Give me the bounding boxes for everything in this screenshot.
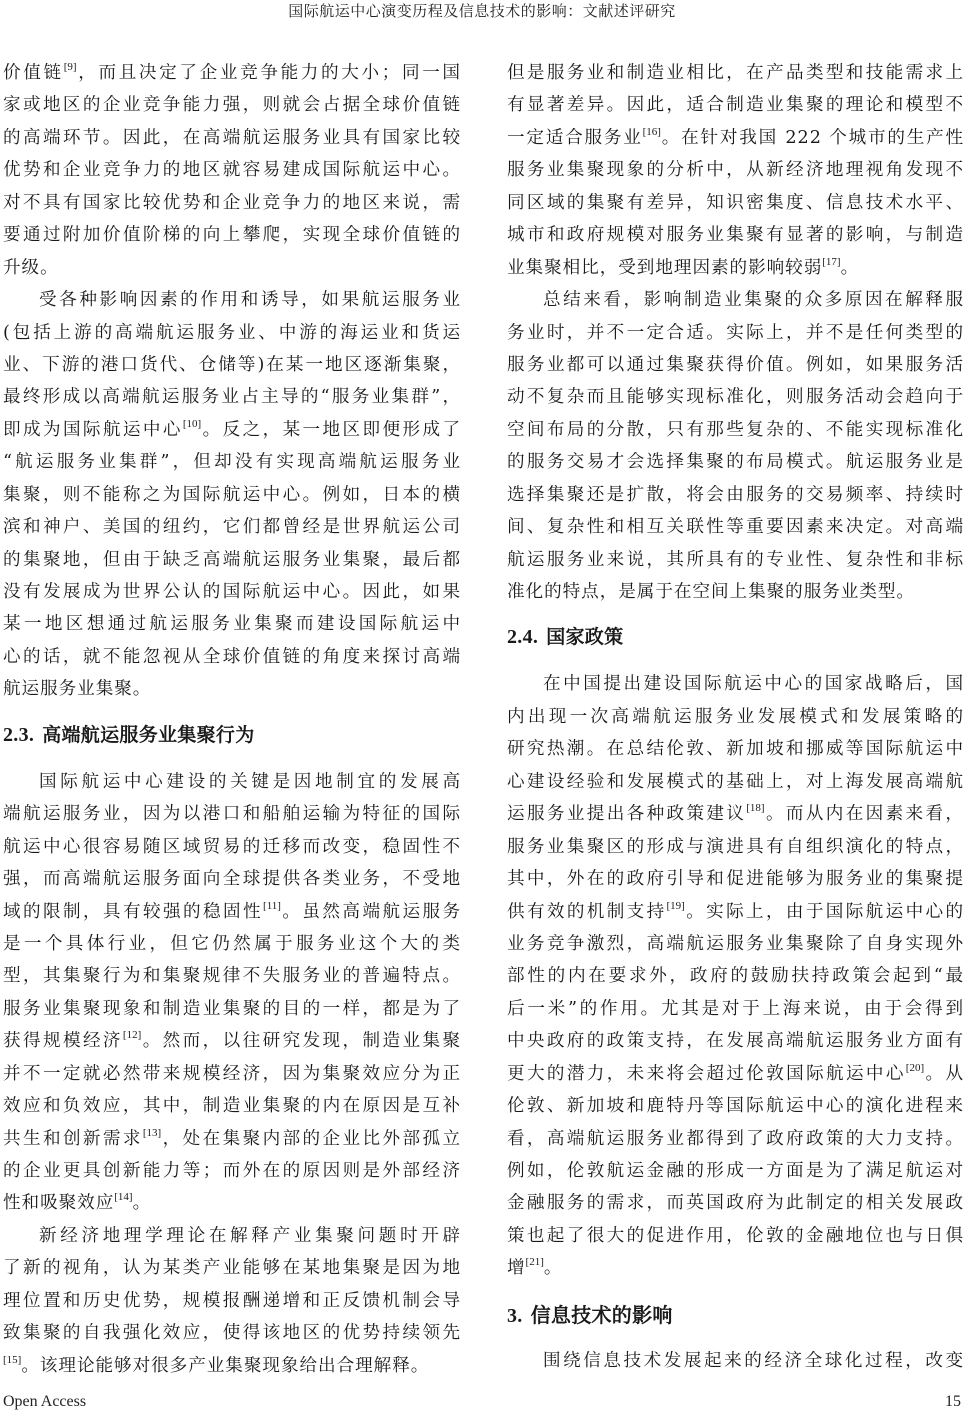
- text-line: 优势和企业竞争力的地区就容易建成国际航运中心。: [3, 154, 461, 186]
- citation[interactable]: [13]: [143, 1127, 161, 1139]
- text-line: 看，高端航运服务业都得到了政府政策的大力支持。: [507, 1123, 964, 1155]
- text-line: 型，其集聚行为和集聚规律不失服务业的普遍特点。: [3, 960, 461, 992]
- text-line: 金融服务的需求，而英国政府为此制定的相关发展政: [507, 1187, 964, 1219]
- citation[interactable]: [10]: [183, 418, 201, 430]
- text-line: 间、复杂性和相互关联性等重要因素来决定。对高端: [507, 511, 964, 543]
- section-number: 3.: [507, 1305, 523, 1327]
- citation[interactable]: [19]: [667, 900, 685, 912]
- text-line: 理位置和历史优势，规模报酬递增和正反馈机制会导: [3, 1285, 461, 1317]
- citation[interactable]: [17]: [822, 256, 840, 268]
- paragraph: 受各种影响因素的作用和诱导，如果航运服务业 (包括上游的高端航运服务业、中游的海…: [3, 284, 461, 706]
- paragraph: 在中国提出建设国际航运中心的国家战略后，国 内出现一次高端航运服务业发展模式和发…: [507, 668, 964, 1284]
- text-line: 策也起了很大的促进作用，伦敦的金融地位也与日俱: [507, 1220, 964, 1252]
- text-line: 新经济地理学理论在解释产业集聚问题时开辟: [3, 1220, 461, 1252]
- text-line: 获得规模经济[12]。然而，以往研究发现，制造业集聚: [3, 1025, 461, 1057]
- text-line: 后一米”的作用。尤其是对于上海来说，由于会得到: [507, 993, 964, 1025]
- text-line: 航运中心很容易随区域贸易的迁移而改变，稳固性不: [3, 831, 461, 863]
- text-line: 最终形成以高端航运服务业占主导的“服务业集群”，: [3, 381, 461, 413]
- text-line: 城市和政府规模对服务业集聚有显著的影响，与制造: [507, 219, 964, 251]
- citation[interactable]: [9]: [64, 61, 77, 73]
- text-line: 研究热潮。在总结伦敦、新加坡和挪威等国际航运中: [507, 733, 964, 765]
- text-line: 运服务业提出各种政策建议[18]。而从内在因素来看，: [507, 798, 964, 830]
- text-line: 强，而高端航运服务面向全球提供各类业务，不受地: [3, 863, 461, 895]
- citation[interactable]: [21]: [526, 1256, 544, 1268]
- section-heading-2-4: 2.4.国家政策: [507, 622, 964, 662]
- section-title: 信息技术的影响: [531, 1303, 673, 1327]
- citation[interactable]: [14]: [114, 1191, 132, 1203]
- journal-label: Open Access: [3, 1393, 86, 1411]
- text-line: 伦敦、新加坡和鹿特丹等国际航运中心的演化进程来: [507, 1090, 964, 1122]
- citation[interactable]: [11]: [263, 900, 281, 912]
- text-line: 端航运服务业，因为以港口和船舶运输为特征的国际: [3, 798, 461, 830]
- text-line: 服务业集聚区的形成与演进具有自组织演化的特点，: [507, 831, 964, 863]
- text-line: 在中国提出建设国际航运中心的国家战略后，国: [507, 668, 964, 700]
- text-line: 的高端环节。因此，在高端航运服务业具有国家比较: [3, 122, 461, 154]
- text-line: 了新的视角，认为某类产业能够在某地集聚是因为地: [3, 1252, 461, 1284]
- text-line: 一定适合服务业[16]。在针对我国 222 个城市的生产性: [507, 122, 964, 154]
- text-line: 内出现一次高端航运服务业发展模式和发展策略的: [507, 701, 964, 733]
- text-line: 例如，伦敦航运金融的形成一方面是为了满足航运对: [507, 1155, 964, 1187]
- right-column: 但是服务业和制造业相比，在产品类型和技能需求上 有显著差异。因此，适合制造业集聚…: [507, 57, 964, 1377]
- section-title: 高端航运服务业集聚行为: [42, 724, 254, 746]
- text-line: 共生和创新需求[13]，处在集聚内部的企业比外部孤立: [3, 1123, 461, 1155]
- section-heading-2-3: 2.3.高端航运服务业集聚行为: [3, 720, 461, 760]
- text-line: 心的话，就不能忽视从全球价值链的角度来探讨高端: [3, 641, 461, 673]
- text-line: 集聚，则不能称之为国际航运中心。例如，日本的横: [3, 479, 461, 511]
- citation[interactable]: [16]: [643, 126, 661, 138]
- text-line: 有显著差异。因此，适合制造业集聚的理论和模型不: [507, 89, 964, 121]
- text-line: 其中，外在的政府引导和促进能够为服务业的集聚提: [507, 863, 964, 895]
- text-line: 动不复杂而且能够实现标准化，则服务活动会趋向于: [507, 381, 964, 413]
- text-line: [15]。该理论能够对很多产业集聚现象给出合理解释。: [3, 1350, 461, 1382]
- text-line: 增[21]。: [507, 1252, 964, 1284]
- text-line: 要通过附加价值阶梯的向上攀爬，实现全球价值链的: [3, 219, 461, 251]
- text-line: 没有发展成为世界公认的国际航运中心。因此，如果: [3, 576, 461, 608]
- text-line: 某一地区想通过航运服务业集聚而建设国际航运中: [3, 608, 461, 640]
- text-line: 并不一定就必然带来规模经济，因为集聚效应分为正: [3, 1058, 461, 1090]
- page-number: 15: [945, 1393, 961, 1411]
- text-line: 的服务交易才会选择集聚的布局模式。航运服务业是: [507, 446, 964, 478]
- text-line: 更大的潜力，未来将会超过伦敦国际航运中心[20]。从: [507, 1058, 964, 1090]
- paragraph: 围绕信息技术发展起来的经济全球化过程，改变: [507, 1345, 964, 1377]
- text-line: 效应和负效应，其中，制造业集聚的内在原因是互补: [3, 1090, 461, 1122]
- section-heading-3: 3.信息技术的影响: [507, 1299, 964, 1339]
- citation[interactable]: [12]: [123, 1029, 141, 1041]
- text-line: (包括上游的高端航运服务业、中游的海运业和货运: [3, 317, 461, 349]
- text-line: 业集聚相比，受到地理因素的影响较弱[17]。: [507, 252, 964, 284]
- text-line: 即成为国际航运中心[10]。反之，某一地区即便形成了: [3, 414, 461, 446]
- text-line: 的集聚地，但由于缺乏高端航运服务业集聚，最后都: [3, 544, 461, 576]
- left-column: 价值链[9]，而且决定了企业竞争能力的大小；同一国 家或地区的企业竞争能力强，则…: [3, 57, 461, 1382]
- text-line: 域的限制，具有较强的稳固性[11]。虽然高端航运服务: [3, 896, 461, 928]
- text-line: 部性的内在要求外，政府的鼓励扶持政策会起到“最: [507, 960, 964, 992]
- section-number: 2.4.: [507, 626, 538, 648]
- text-line: 国际航运中心建设的关键是因地制宜的发展高: [3, 766, 461, 798]
- citation[interactable]: [15]: [3, 1354, 21, 1366]
- text-line: 业务竞争激烈，高端航运服务业集聚除了自身实现外: [507, 928, 964, 960]
- paragraph: 价值链[9]，而且决定了企业竞争能力的大小；同一国 家或地区的企业竞争能力强，则…: [3, 57, 461, 284]
- text-line: 的企业更具创新能力等；而外在的原因则是外部经济: [3, 1155, 461, 1187]
- text-line: 总结来看，影响制造业集聚的众多原因在解释服: [507, 284, 964, 316]
- text-line: 航运服务业集聚。: [3, 673, 461, 705]
- text-line: 受各种影响因素的作用和诱导，如果航运服务业: [3, 284, 461, 316]
- text-line: 中央政府的政策支持，在发展高端航运服务业方面有: [507, 1025, 964, 1057]
- text-line: 航运服务业来说，其所具有的专业性、复杂性和非标: [507, 544, 964, 576]
- text-line: 准化的特点，是属于在空间上集聚的服务业类型。: [507, 576, 964, 608]
- text-line: 心建设经验和发展模式的基础上，对上海发展高端航: [507, 766, 964, 798]
- text-line: 价值链[9]，而且决定了企业竞争能力的大小；同一国: [3, 57, 461, 89]
- text-line: 家或地区的企业竞争能力强，则就会占据全球价值链: [3, 89, 461, 121]
- running-header: 国际航运中心演变历程及信息技术的影响：文献述评研究: [0, 0, 964, 22]
- text-line: 性和吸聚效应[14]。: [3, 1187, 461, 1219]
- text-line: 致集聚的自我强化效应，使得该地区的优势持续领先: [3, 1317, 461, 1349]
- citation[interactable]: [18]: [746, 802, 764, 814]
- text-line: 对不具有国家比较优势和企业竞争力的地区来说，需: [3, 187, 461, 219]
- section-title: 国家政策: [546, 626, 623, 648]
- paragraph: 新经济地理学理论在解释产业集聚问题时开辟 了新的视角，认为某类产业能够在某地集聚…: [3, 1220, 461, 1382]
- text-line: 选择集聚还是扩散，将会由服务的交易频率、持续时: [507, 479, 964, 511]
- text-line: “航运服务业集群”，但却没有实现高端航运服务业: [3, 446, 461, 478]
- text-line: 围绕信息技术发展起来的经济全球化过程，改变: [507, 1345, 964, 1377]
- text-line: 空间布局的分散，只有那些复杂的、不能实现标准化: [507, 414, 964, 446]
- text-line: 服务业集聚现象和制造业集聚的目的一样，都是为了: [3, 993, 461, 1025]
- paragraph: 但是服务业和制造业相比，在产品类型和技能需求上 有显著差异。因此，适合制造业集聚…: [507, 57, 964, 284]
- text-line: 务业时，并不一定合适。实际上，并不是任何类型的: [507, 317, 964, 349]
- text-line: 滨和神户、美国的纽约，它们都曾经是世界航运公司: [3, 511, 461, 543]
- text-line: 业、下游的港口货代、仓储等)在某一地区逐渐集聚，: [3, 349, 461, 381]
- text-line: 但是服务业和制造业相比，在产品类型和技能需求上: [507, 57, 964, 89]
- text-line: 供有效的机制支持[19]。实际上，由于国际航运中心的: [507, 896, 964, 928]
- text-line: 服务业都可以通过集聚获得价值。例如，如果服务活: [507, 349, 964, 381]
- citation[interactable]: [20]: [906, 1062, 924, 1074]
- text-line: 升级。: [3, 252, 461, 284]
- text-line: 服务业集聚现象的分析中，从新经济地理视角发现不: [507, 154, 964, 186]
- paragraph: 总结来看，影响制造业集聚的众多原因在解释服 务业时，并不一定合适。实际上，并不是…: [507, 284, 964, 608]
- text-line: 是一个具体行业，但它仍然属于服务业这个大的类: [3, 928, 461, 960]
- text-line: 同区域的集聚有差异，知识密集度、信息技术水平、: [507, 187, 964, 219]
- section-number: 2.3.: [3, 724, 34, 746]
- paragraph: 国际航运中心建设的关键是因地制宜的发展高 端航运服务业，因为以港口和船舶运输为特…: [3, 766, 461, 1220]
